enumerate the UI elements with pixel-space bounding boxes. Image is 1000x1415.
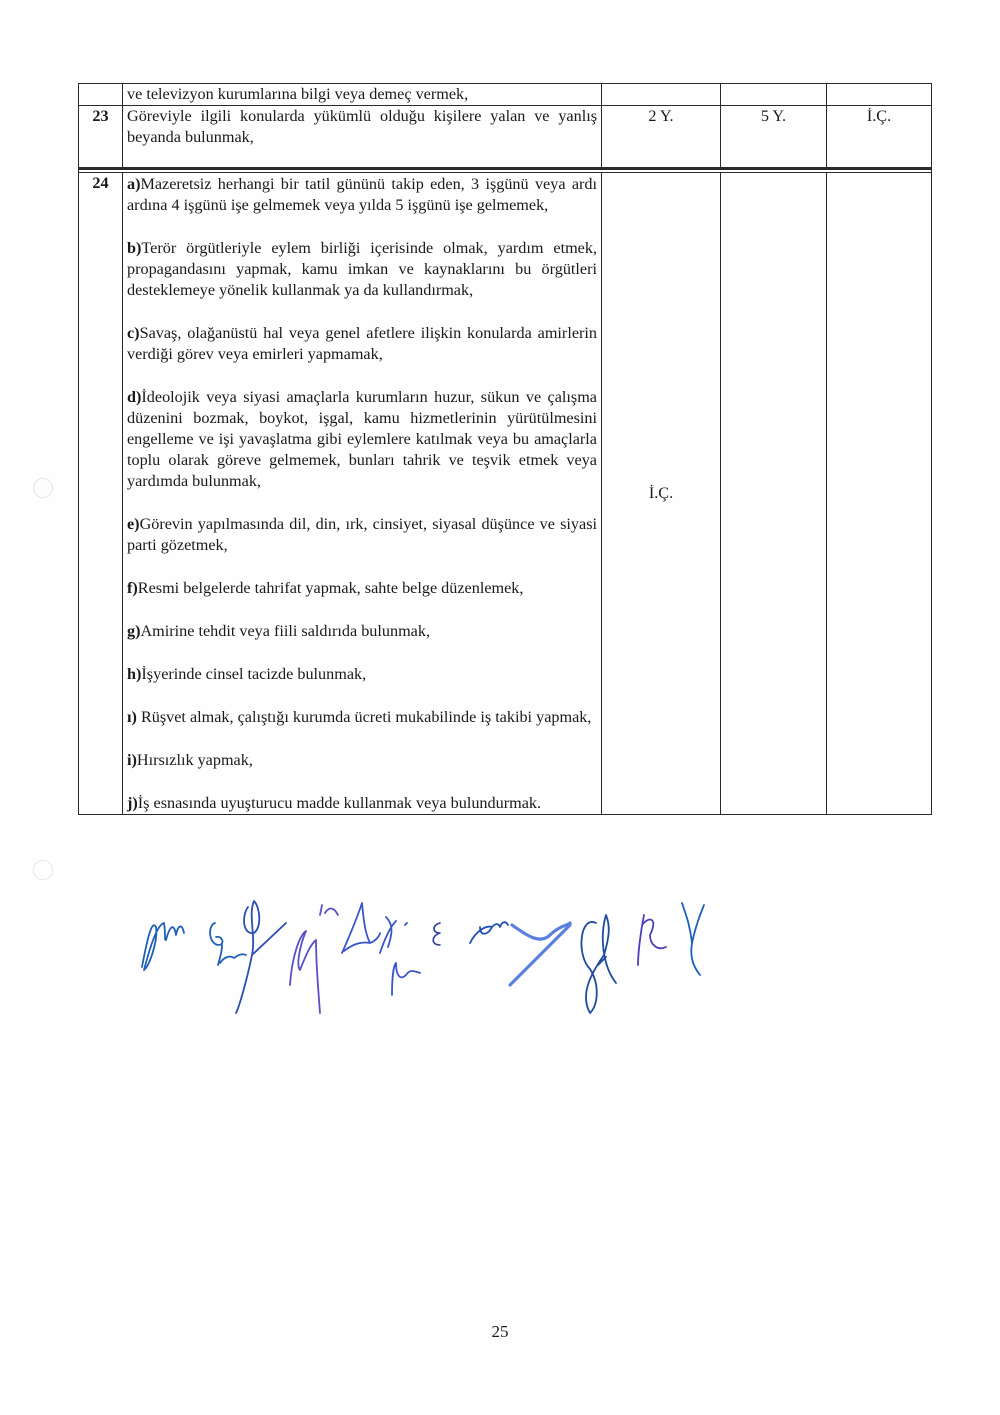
- penalty-third: [827, 84, 932, 106]
- item-label: a): [127, 175, 140, 193]
- item-text: İdeolojik veya siyasi amaçlarla kurumlar…: [127, 388, 597, 490]
- item-label: g): [127, 622, 140, 640]
- penalty-second: [721, 84, 827, 106]
- penalty-third: [827, 173, 932, 815]
- penalty-first: İ.Ç.: [602, 173, 721, 815]
- signature: [210, 923, 246, 965]
- item-text: İşyerinde cinsel tacizde bulunmak,: [141, 665, 366, 683]
- item-text: Mazeretsiz herhangi bir tatil gününü tak…: [127, 175, 597, 214]
- item-label: d): [127, 388, 141, 406]
- table-row-continuation: ve televizyon kurumlarına bilgi veya dem…: [79, 84, 932, 106]
- item-text: Hırsızlık yapmak,: [137, 751, 253, 769]
- punch-hole-mark: [33, 860, 53, 880]
- punch-hole-mark: [33, 478, 53, 498]
- penalty-second: [721, 173, 827, 815]
- signature: [581, 915, 616, 1013]
- item-label: b): [127, 239, 141, 257]
- offense-item-g: g)Amirine tehdit veya fiili saldırıda bu…: [127, 621, 597, 642]
- signature: [342, 903, 380, 953]
- signature: [682, 903, 704, 975]
- document-page: ve televizyon kurumlarına bilgi veya dem…: [0, 0, 1000, 1415]
- penalty-first: 2 Y.: [602, 106, 721, 169]
- offense-items: a)Mazeretsiz herhangi bir tatil gününü t…: [123, 173, 602, 815]
- penalty-third: İ.Ç.: [827, 106, 932, 169]
- offense-item-c: c)Savaş, olağanüstü hal veya genel afetl…: [127, 323, 597, 365]
- offense-item-i: i)Hırsızlık yapmak,: [127, 750, 597, 771]
- offense-item-f: f)Resmi belgelerde tahrifat yapmak, saht…: [127, 578, 597, 599]
- signature: [380, 917, 420, 995]
- offense-item-dotless-i: ı) Rüşvet almak, çalıştığı kurumda ücret…: [127, 707, 597, 728]
- item-label: ı): [127, 708, 137, 726]
- offense-item-a: a)Mazeretsiz herhangi bir tatil gününü t…: [127, 174, 597, 216]
- item-label: j): [127, 794, 138, 812]
- signature: [433, 923, 440, 945]
- signature: [142, 923, 184, 970]
- offense-text: ve televizyon kurumlarına bilgi veya dem…: [123, 84, 602, 106]
- item-label: e): [127, 515, 140, 533]
- discipline-penalty-table: ve televizyon kurumlarına bilgi veya dem…: [78, 83, 932, 815]
- page-number: 25: [0, 1322, 1000, 1342]
- offense-item-h: h)İşyerinde cinsel tacizde bulunmak,: [127, 664, 597, 685]
- item-text: Resmi belgelerde tahrifat yapmak, sahte …: [138, 579, 524, 597]
- signature: [510, 923, 570, 985]
- item-text: Görevin yapılmasında dil, din, ırk, cins…: [127, 515, 597, 554]
- item-text: Terör örgütleriyle eylem birliği içerisi…: [127, 239, 597, 299]
- offense-item-j: j)İş esnasında uyuşturucu madde kullanma…: [127, 793, 597, 814]
- signature: [638, 915, 666, 965]
- signature: [470, 922, 508, 943]
- penalty-first: [602, 84, 721, 106]
- offense-item-b: b)Terör örgütleriyle eylem birliği içeri…: [127, 238, 597, 301]
- row-number: 24: [79, 173, 123, 815]
- item-text: Savaş, olağanüstü hal veya genel afetler…: [127, 324, 597, 363]
- offense-item-d: d)İdeolojik veya siyasi amaçlarla kuruml…: [127, 387, 597, 492]
- row-number: 23: [79, 106, 123, 169]
- signature: [290, 905, 338, 1013]
- item-label: h): [127, 665, 141, 683]
- item-text: İş esnasında uyuşturucu madde kullanmak …: [138, 794, 541, 812]
- table-row: 23 Göreviyle ilgili konularda yükümlü ol…: [79, 106, 932, 169]
- signatures-area: [130, 895, 980, 1015]
- penalty-second: 5 Y.: [721, 106, 827, 169]
- signature: [236, 901, 286, 1013]
- offense-text: Göreviyle ilgili konularda yükümlü olduğ…: [123, 106, 602, 169]
- item-label: c): [127, 324, 140, 342]
- row-number: [79, 84, 123, 106]
- item-label: f): [127, 579, 138, 597]
- offense-item-e: e)Görevin yapılmasında dil, din, ırk, ci…: [127, 514, 597, 556]
- table-row: 24 a)Mazeretsiz herhangi bir tatil günün…: [79, 173, 932, 815]
- item-text: Rüşvet almak, çalıştığı kurumda ücreti m…: [137, 708, 592, 726]
- item-text: Amirine tehdit veya fiili saldırıda bulu…: [140, 622, 430, 640]
- item-label: i): [127, 751, 137, 769]
